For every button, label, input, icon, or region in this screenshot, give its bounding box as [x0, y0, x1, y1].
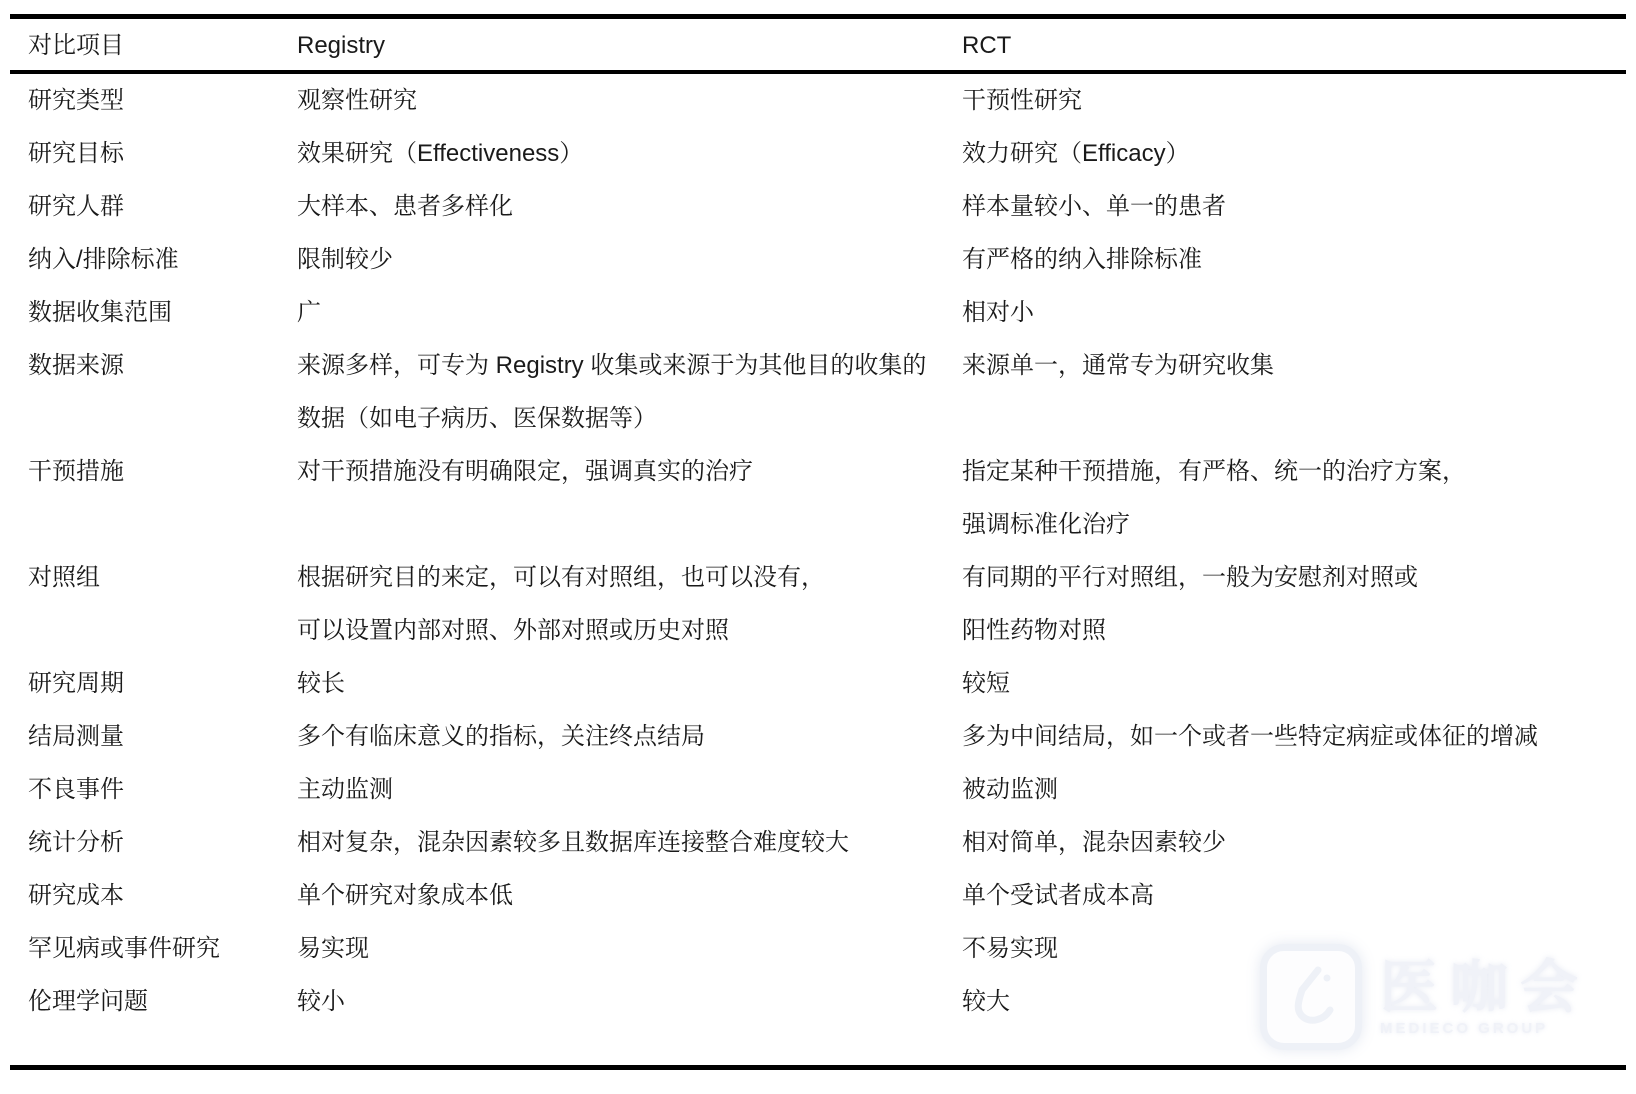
table-body: 研究类型 观察性研究 干预性研究 研究目标 效果研究（Effectiveness…: [10, 74, 1626, 1065]
registry-cell: 易实现: [297, 922, 962, 975]
table-header-row: 对比项目 Registry RCT: [10, 19, 1626, 70]
row-label-cell: 研究目标: [10, 127, 297, 180]
table-row: 研究周期 较长 较短: [10, 657, 1626, 710]
rct-cell: 相对简单，混杂因素较少: [962, 816, 1626, 869]
row-label-cell: 伦理学问题: [10, 975, 297, 1028]
table-row: 结局测量 多个有临床意义的指标，关注终点结局 多为中间结局，如一个或者一些特定病…: [10, 710, 1626, 763]
registry-cell: 观察性研究: [297, 74, 962, 127]
registry-cell: 对干预措施没有明确限定，强调真实的治疗: [297, 445, 962, 551]
rct-cell: 有严格的纳入排除标准: [962, 233, 1626, 286]
row-label-cell: 罕见病或事件研究: [10, 922, 297, 975]
table-row: 伦理学问题 较小 较大: [10, 975, 1626, 1028]
table-bottom-border: [10, 1065, 1626, 1070]
table-row: 研究人群 大样本、患者多样化 样本量较小、单一的患者: [10, 180, 1626, 233]
registry-cell: 相对复杂，混杂因素较多且数据库连接整合难度较大: [297, 816, 962, 869]
table-row: 数据来源 来源多样，可专为 Registry 收集或来源于为其他目的收集的 数据…: [10, 339, 1626, 445]
registry-cell: 较长: [297, 657, 962, 710]
table-row: 统计分析 相对复杂，混杂因素较多且数据库连接整合难度较大 相对简单，混杂因素较少: [10, 816, 1626, 869]
header-col-rct: RCT: [962, 19, 1626, 72]
header-col-registry: Registry: [297, 19, 962, 72]
registry-cell: 主动监测: [297, 763, 962, 816]
row-label-cell: 纳入/排除标准: [10, 233, 297, 286]
registry-cell: 效果研究（Effectiveness）: [297, 127, 962, 180]
table-row: 研究目标 效果研究（Effectiveness） 效力研究（Efficacy）: [10, 127, 1626, 180]
rct-cell: 较短: [962, 657, 1626, 710]
registry-cell: 多个有临床意义的指标，关注终点结局: [297, 710, 962, 763]
table-row: 对照组 根据研究目的来定，可以有对照组，也可以没有， 可以设置内部对照、外部对照…: [10, 551, 1626, 657]
table-row: 研究成本 单个研究对象成本低 单个受试者成本高: [10, 869, 1626, 922]
rct-cell: 不易实现: [962, 922, 1626, 975]
header-col-item: 对比项目: [10, 19, 297, 72]
rct-cell: 效力研究（Efficacy）: [962, 127, 1626, 180]
registry-cell: 较小: [297, 975, 962, 1028]
table-row: 研究类型 观察性研究 干预性研究: [10, 74, 1626, 127]
rct-cell: 多为中间结局，如一个或者一些特定病症或体征的增减: [962, 710, 1626, 763]
table-row: 数据收集范围 广 相对小: [10, 286, 1626, 339]
row-label-cell: 干预措施: [10, 445, 297, 551]
comparison-table: 对比项目 Registry RCT 研究类型 观察性研究 干预性研究 研究目标 …: [10, 14, 1626, 1070]
row-label-cell: 研究周期: [10, 657, 297, 710]
row-label-cell: 结局测量: [10, 710, 297, 763]
rct-cell: 样本量较小、单一的患者: [962, 180, 1626, 233]
registry-cell: 来源多样，可专为 Registry 收集或来源于为其他目的收集的 数据（如电子病…: [297, 339, 962, 445]
rct-cell: 较大: [962, 975, 1626, 1028]
rct-cell: 指定某种干预措施，有严格、统一的治疗方案， 强调标准化治疗: [962, 445, 1626, 551]
registry-cell: 大样本、患者多样化: [297, 180, 962, 233]
registry-cell: 单个研究对象成本低: [297, 869, 962, 922]
rct-cell: 被动监测: [962, 763, 1626, 816]
table-row: 纳入/排除标准 限制较少 有严格的纳入排除标准: [10, 233, 1626, 286]
rct-cell: 干预性研究: [962, 74, 1626, 127]
rct-cell: 相对小: [962, 286, 1626, 339]
row-label-cell: 研究类型: [10, 74, 297, 127]
row-label-cell: 研究人群: [10, 180, 297, 233]
row-label-cell: 研究成本: [10, 869, 297, 922]
rct-cell: 单个受试者成本高: [962, 869, 1626, 922]
row-label-cell: 不良事件: [10, 763, 297, 816]
row-label-cell: 数据来源: [10, 339, 297, 445]
table-row: 不良事件 主动监测 被动监测: [10, 763, 1626, 816]
row-label-cell: 对照组: [10, 551, 297, 657]
registry-cell: 限制较少: [297, 233, 962, 286]
row-label-cell: 统计分析: [10, 816, 297, 869]
registry-cell: 根据研究目的来定，可以有对照组，也可以没有， 可以设置内部对照、外部对照或历史对…: [297, 551, 962, 657]
rct-cell: 有同期的平行对照组，一般为安慰剂对照或 阳性药物对照: [962, 551, 1626, 657]
table-row: 干预措施 对干预措施没有明确限定，强调真实的治疗 指定某种干预措施，有严格、统一…: [10, 445, 1626, 551]
registry-cell: 广: [297, 286, 962, 339]
table-row: 罕见病或事件研究 易实现 不易实现: [10, 922, 1626, 975]
rct-cell: 来源单一，通常专为研究收集: [962, 339, 1626, 445]
row-label-cell: 数据收集范围: [10, 286, 297, 339]
